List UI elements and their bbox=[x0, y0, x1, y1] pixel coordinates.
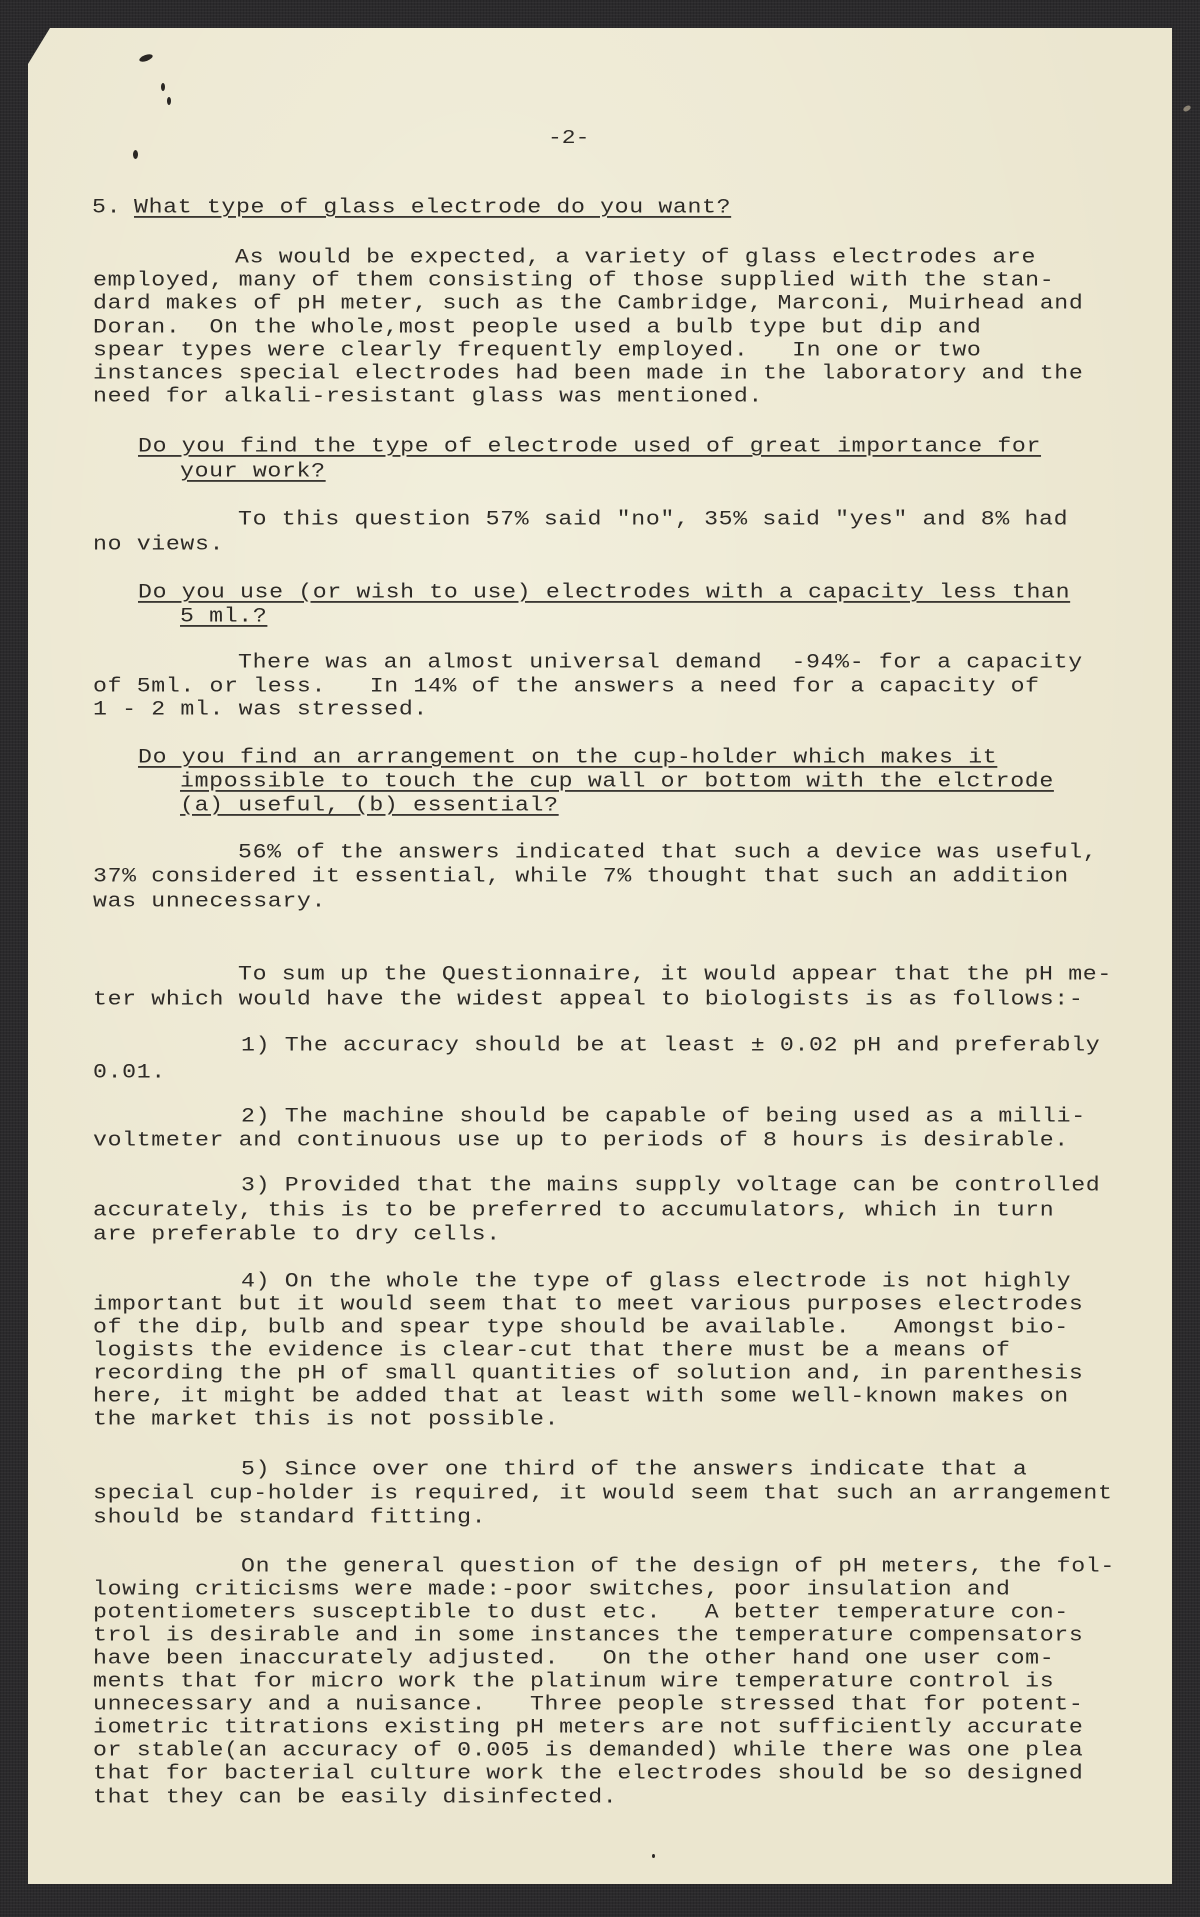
summary-point-5: 5) Since over one third of the answers i… bbox=[241, 1460, 1028, 1480]
criticism-line: potentiometers susceptible to dust etc. … bbox=[93, 1603, 1069, 1623]
summary-line: To sum up the Questionnaire, it would ap… bbox=[238, 965, 1112, 985]
paragraph-line: employed, many of them consisting of tho… bbox=[93, 271, 1054, 291]
answer-line: There was an almost universal demand -94… bbox=[238, 653, 1083, 673]
ink-speck bbox=[652, 1854, 655, 1858]
summary-point-3: are preferable to dry cells. bbox=[93, 1225, 501, 1245]
summary-point-4: 4) On the whole the type of glass electr… bbox=[241, 1272, 1071, 1292]
summary-point-4: the market this is not possible. bbox=[93, 1410, 559, 1430]
question-heading: your work? bbox=[180, 462, 326, 482]
summary-point-3: accurately, this is to be preferred to a… bbox=[93, 1201, 1054, 1221]
answer-line: no views. bbox=[93, 535, 224, 555]
question-heading: 5 ml.? bbox=[180, 607, 267, 627]
criticism-line: ments that for micro work the platinum w… bbox=[93, 1672, 1054, 1692]
paragraph-line: need for alkali-resistant glass was ment… bbox=[93, 387, 763, 407]
question-heading: impossible to touch the cup wall or bott… bbox=[180, 772, 1054, 792]
page-number: -2- bbox=[548, 127, 589, 149]
criticism-line: On the general question of the design of… bbox=[241, 1557, 1115, 1577]
paragraph-line: As would be expected, a variety of glass… bbox=[235, 248, 1036, 268]
criticism-line: iometric titrations existing pH meters a… bbox=[93, 1718, 1083, 1738]
section-number: 5. bbox=[92, 198, 121, 218]
question-heading: Do you find the type of electrode used o… bbox=[138, 437, 1041, 457]
summary-point-2: voltmeter and continuous use up to perio… bbox=[93, 1131, 1069, 1151]
summary-point-1: 0.01. bbox=[93, 1063, 166, 1083]
answer-line: was unnecessary. bbox=[93, 892, 326, 912]
punch-mark bbox=[1182, 104, 1191, 112]
answer-line: 37% considered it essential, while 7% th… bbox=[93, 867, 1069, 887]
summary-point-4: recording the pH of small quantities of … bbox=[93, 1364, 1083, 1384]
criticism-line: that they can be easily disinfected. bbox=[93, 1788, 617, 1808]
punch-mark bbox=[133, 150, 138, 159]
criticism-line: have been inaccurately adjusted. On the … bbox=[93, 1649, 1054, 1669]
answer-line: 56% of the answers indicated that such a… bbox=[238, 843, 1097, 863]
paragraph-line: dard makes of pH meter, such as the Camb… bbox=[93, 294, 1083, 314]
summary-point-3: 3) Provided that the mains supply voltag… bbox=[241, 1176, 1100, 1196]
criticism-line: trol is desirable and in some instances … bbox=[93, 1626, 1083, 1646]
answer-line: of 5ml. or less. In 14% of the answers a… bbox=[93, 677, 1040, 697]
question-heading: Do you find an arrangement on the cup-ho… bbox=[138, 748, 997, 768]
paragraph-line: Doran. On the whole,most people used a b… bbox=[93, 318, 981, 338]
section-heading: What type of glass electrode do you want… bbox=[134, 198, 731, 218]
summary-point-5: should be standard fitting. bbox=[93, 1508, 486, 1528]
summary-point-2: 2) The machine should be capable of bein… bbox=[241, 1107, 1086, 1127]
criticism-line: unnecessary and a nuisance. Three people… bbox=[93, 1695, 1083, 1715]
answer-line: To this question 57% said "no", 35% said… bbox=[238, 510, 1068, 530]
question-heading: Do you use (or wish to use) electrodes w… bbox=[138, 583, 1070, 603]
summary-point-1: 1) The accuracy should be at least ± 0.0… bbox=[241, 1036, 1100, 1056]
criticism-line: or stable(an accuracy of 0.005 is demand… bbox=[93, 1741, 1083, 1761]
summary-line: ter which would have the widest appeal t… bbox=[93, 990, 1083, 1010]
criticism-line: that for bacterial culture work the elec… bbox=[93, 1764, 1083, 1784]
summary-point-4: logists the evidence is clear-cut that t… bbox=[93, 1341, 1011, 1361]
paragraph-line: spear types were clearly frequently empl… bbox=[93, 341, 981, 361]
punch-mark bbox=[167, 97, 171, 105]
summary-point-4: of the dip, bulb and spear type should b… bbox=[93, 1318, 1069, 1338]
summary-point-4: important but it would seem that to meet… bbox=[93, 1295, 1083, 1315]
criticism-line: lowing criticisms were made:-poor switch… bbox=[93, 1580, 1011, 1600]
summary-point-4: here, it might be added that at least wi… bbox=[93, 1387, 1069, 1407]
answer-line: 1 - 2 ml. was stressed. bbox=[93, 700, 428, 720]
paragraph-line: instances special electrodes had been ma… bbox=[93, 364, 1083, 384]
summary-point-5: special cup-holder is required, it would… bbox=[93, 1484, 1113, 1504]
question-heading: (a) useful, (b) essential? bbox=[180, 796, 559, 816]
punch-mark bbox=[161, 83, 165, 91]
